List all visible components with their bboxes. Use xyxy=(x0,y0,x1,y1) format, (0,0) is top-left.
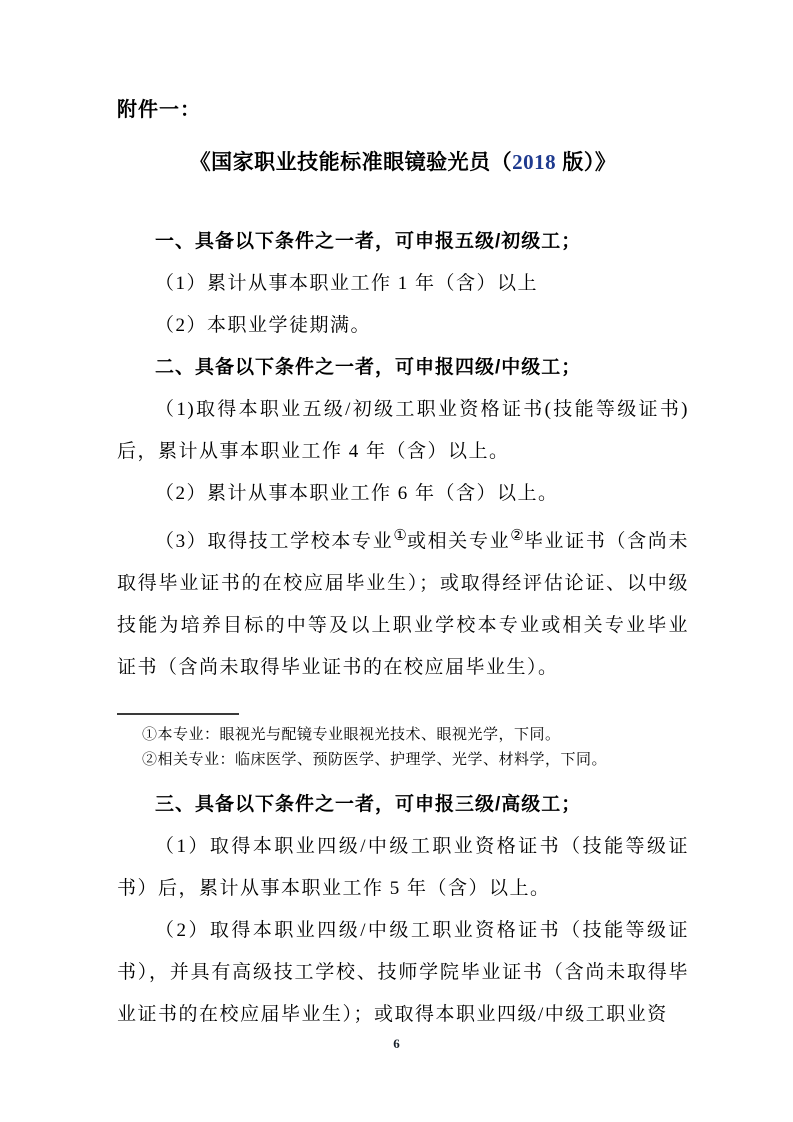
section-one-heading: 一、具备以下条件之一者，可申报五级/初级工； xyxy=(117,221,689,263)
section-two-item-3-text: 或相关专业 xyxy=(407,531,510,552)
footnote-1: ①本专业：眼视光与配镜专业眼视光技术、眼视光学，下同。 xyxy=(117,723,689,748)
document-content: 附件一： 《国家职业技能标准眼镜验光员（2018 版）》 一、具备以下条件之一者… xyxy=(117,0,689,1036)
section-two-item-1: （1)取得本职业五级/初级工职业资格证书(技能等级证书)后，累计从事本职业工作 … xyxy=(117,389,689,473)
page-number: 6 xyxy=(0,1036,793,1052)
section-two-item-3-text: 毕业证书（含尚未取得毕业证书的在校应届毕业生）；或取得经评估论证、以中级技能为培… xyxy=(117,531,689,678)
footnote-block: ①本专业：眼视光与配镜专业眼视光技术、眼视光学，下同。 ②相关专业：临床医学、预… xyxy=(117,713,689,773)
section-one-item-2: （2）本职业学徒期满。 xyxy=(117,305,689,347)
section-two: 二、具备以下条件之一者，可申报四级/中级工； （1)取得本职业五级/初级工职业资… xyxy=(117,347,689,689)
footnote-2: ②相关专业：临床医学、预防医学、护理学、光学、材料学，下同。 xyxy=(117,748,689,773)
section-two-item-2: （2）累计从事本职业工作 6 年（含）以上。 xyxy=(117,473,689,515)
section-three-heading: 三、具备以下条件之一者，可申报三级/高级工； xyxy=(117,784,689,826)
section-two-item-3-text: （3）取得技工学校本专业 xyxy=(155,531,393,552)
section-three-item-2: （2）取得本职业四级/中级工职业资格证书（技能等级证书），并具有高级技工学校、技… xyxy=(117,910,689,1036)
document-title-post: 版）》 xyxy=(556,151,616,174)
attachment-label: 附件一： xyxy=(117,97,689,123)
section-two-item-3: （3）取得技工学校本专业①或相关专业②毕业证书（含尚未取得毕业证书的在校应届毕业… xyxy=(117,515,689,689)
document-title-year: 2018 xyxy=(512,150,556,174)
section-three: 三、具备以下条件之一者，可申报三级/高级工； （1）取得本职业四级/中级工职业资… xyxy=(117,784,689,1036)
section-one: 一、具备以下条件之一者，可申报五级/初级工； （1）累计从事本职业工作 1 年（… xyxy=(117,221,689,347)
document-page: 附件一： 《国家职业技能标准眼镜验光员（2018 版）》 一、具备以下条件之一者… xyxy=(0,0,793,1122)
section-one-item-1: （1）累计从事本职业工作 1 年（含）以上 xyxy=(117,263,689,305)
section-two-heading: 二、具备以下条件之一者，可申报四级/中级工； xyxy=(117,347,689,389)
footnote-ref-2: ② xyxy=(510,528,524,544)
section-three-item-1: （1）取得本职业四级/中级工职业资格证书（技能等级证书）后，累计从事本职业工作 … xyxy=(117,826,689,910)
footnotes: ①本专业：眼视光与配镜专业眼视光技术、眼视光学，下同。 ②相关专业：临床医学、预… xyxy=(117,723,689,773)
document-title-pre: 《国家职业技能标准眼镜验光员（ xyxy=(190,151,513,174)
footnote-ref-1: ① xyxy=(393,528,407,544)
footnote-separator xyxy=(117,713,239,715)
document-title: 《国家职业技能标准眼镜验光员（2018 版）》 xyxy=(117,147,689,178)
